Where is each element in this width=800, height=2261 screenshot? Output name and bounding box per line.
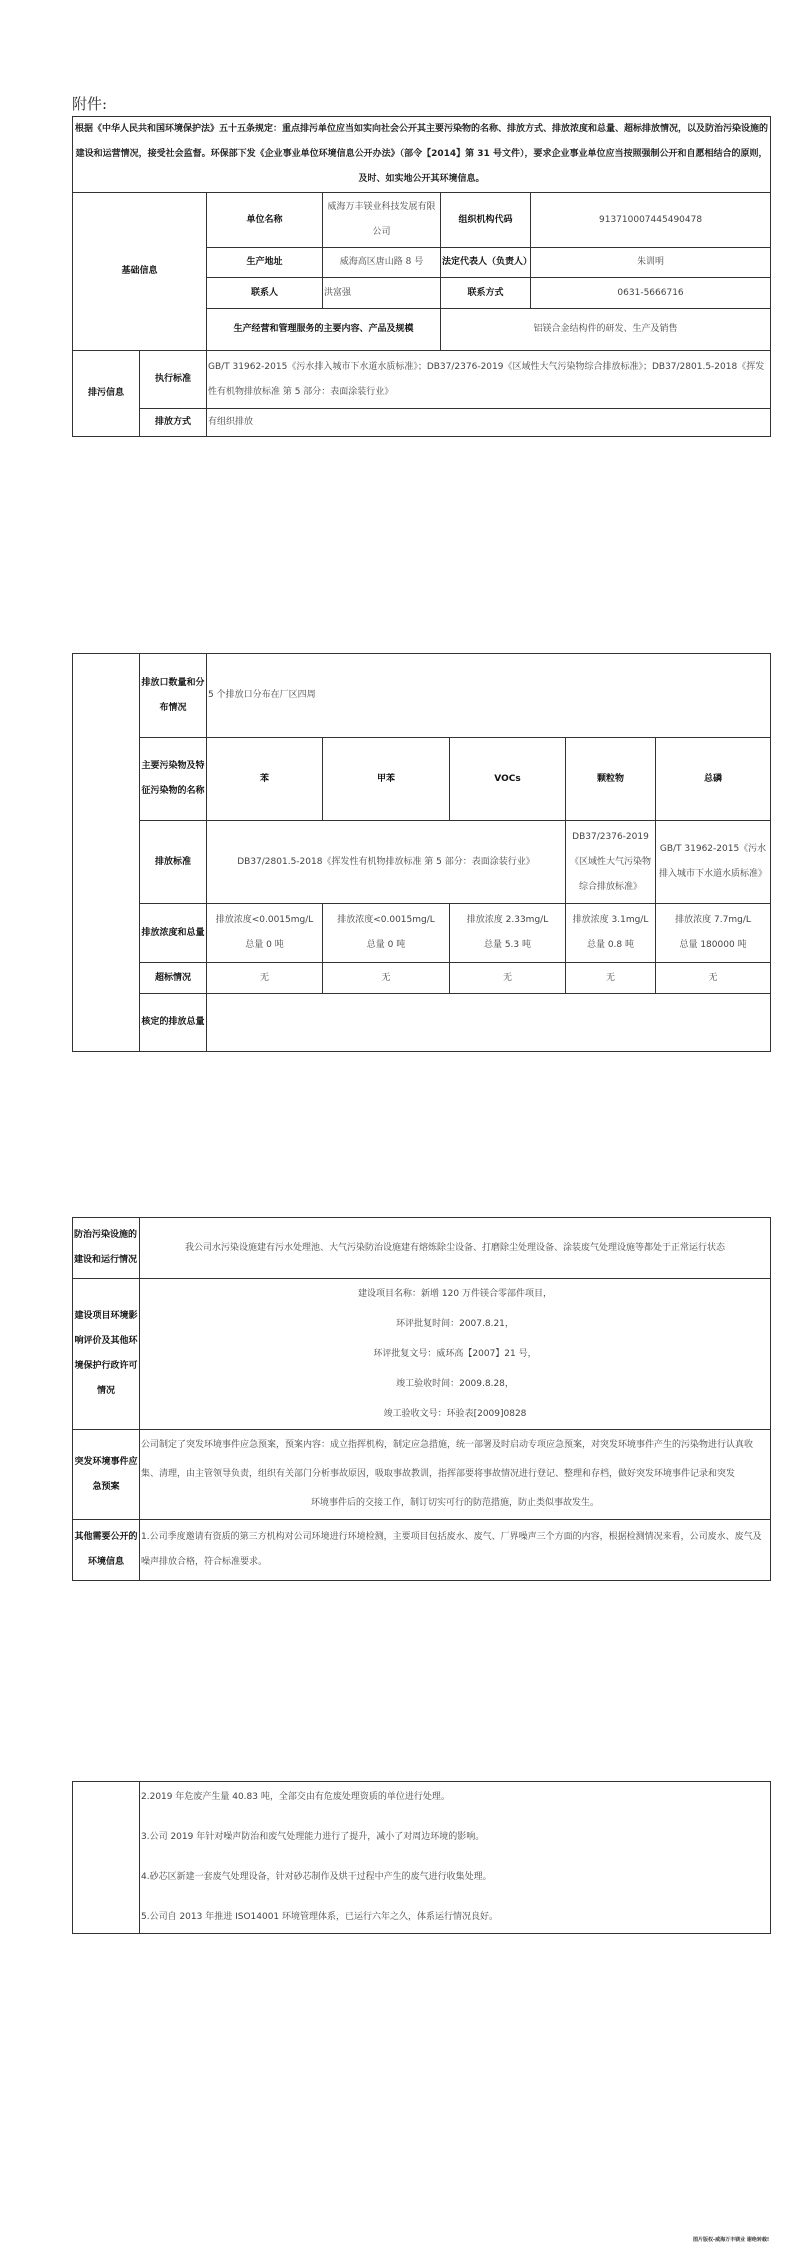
- total-value: 总量 0.8 吨: [567, 933, 654, 958]
- facilities-value: 我公司水污染设施建有污水处理池、大气污染防治设施建有熔炼除尘设备、打磨除尘处理设…: [140, 1218, 771, 1279]
- method-value: 有组织排放: [207, 409, 771, 437]
- intro-text: 根据《中华人民共和国环境保护法》五十五条规定：重点排污单位应当如实向社会公开其主…: [73, 117, 771, 193]
- legal-rep-value: 朱训明: [531, 248, 771, 278]
- pollutant-name: 总磷: [656, 738, 771, 821]
- business-label: 生产经营和管理服务的主要内容、产品及规模: [207, 309, 441, 351]
- eia-label: 建设项目环境影响评价及其他环境保护行政许可情况: [73, 1279, 140, 1430]
- exceed-value: 无: [656, 963, 771, 994]
- emergency-text: 公司制定了突发环境事件应急预案，预案内容：成立指挥机构，制定应急措施，统一部署及…: [141, 1431, 769, 1489]
- exceed-value: 无: [450, 963, 566, 994]
- method-label: 排放方式: [140, 409, 207, 437]
- exceed-value: 无: [207, 963, 323, 994]
- contact-label: 联系人: [207, 278, 323, 309]
- pollutant-name: 苯: [207, 738, 323, 821]
- exceed-value: 无: [323, 963, 450, 994]
- pollutant-table: 排放口数量和分布情况 5 个排放口分布在厂区四周 主要污染物及特征污染物的名称 …: [72, 653, 771, 1052]
- eia-line-acceptance-date: 竣工验收时间：2009.8.28，: [141, 1369, 769, 1399]
- other-info-label: 其他需要公开的环境信息: [73, 1520, 140, 1581]
- contact-value: 洪富强: [323, 278, 441, 309]
- other-info-continued: 2.2019 年危废产生量 40.83 吨，全部交由有危废处理资质的单位进行处理…: [140, 1782, 771, 1934]
- outlets-value: 5 个排放口分布在厂区四周: [207, 654, 771, 738]
- emission-section-label: 排污信息: [73, 351, 140, 437]
- other-info-item-5: 5.公司自 2013 年推进 ISO14001 环境管理体系，已运行六年之久，体…: [141, 1910, 769, 1924]
- facilities-label: 防治污染设施的建设和运行情况: [73, 1218, 140, 1279]
- address-label: 生产地址: [207, 248, 323, 278]
- pollutant-name: 甲苯: [323, 738, 450, 821]
- other-info-continued-table: 2.2019 年危废产生量 40.83 吨，全部交由有危废处理资质的单位进行处理…: [72, 1781, 771, 1934]
- approved-total-label: 核定的排放总量: [140, 994, 207, 1052]
- business-value: 铝镁合金结构件的研发、生产及销售: [441, 309, 771, 351]
- emission-standard-voc: DB37/2801.5-2018《挥发性有机物排放标准 第 5 部分：表面涂装行…: [207, 821, 566, 904]
- concentration-value: 排放浓度<0.0015mg/L: [208, 908, 321, 933]
- concentration-value: 排放浓度 2.33mg/L: [451, 908, 564, 933]
- standard-label: 执行标准: [140, 351, 207, 409]
- concentration-value: 排放浓度 7.7mg/L: [657, 908, 769, 933]
- emergency-text-last: 环境事件后的交接工作，制订切实可行的防范措施，防止类似事故发生。: [141, 1489, 769, 1518]
- attachment-label: 附件:: [72, 93, 107, 114]
- basic-info-section-label: 基础信息: [73, 193, 207, 351]
- other-info-item-3: 3.公司 2019 年针对噪声防治和废气处理能力进行了提升，减小了对周边环境的影…: [141, 1830, 769, 1844]
- concentration-cell: 排放浓度<0.0015mg/L总量 0 吨: [207, 904, 323, 963]
- other-info-item-4: 4.砂芯区新建一套废气处理设备，针对砂芯制作及烘干过程中产生的废气进行收集处理。: [141, 1870, 769, 1884]
- copyright-watermark: 图片版权-威海万丰镁业 谢绝转载!: [693, 2236, 769, 2243]
- concentration-cell: 排放浓度 3.1mg/L总量 0.8 吨: [566, 904, 656, 963]
- outlets-label: 排放口数量和分布情况: [140, 654, 207, 738]
- pollutant-name: VOCs: [450, 738, 566, 821]
- unit-name-label: 单位名称: [207, 193, 323, 248]
- total-value: 总量 0 吨: [324, 933, 448, 958]
- emission-standard-phosphorus: GB/T 31962-2015《污水排入城市下水道水质标准》: [656, 821, 771, 904]
- approved-total-value: [207, 994, 771, 1052]
- emission-standard-particulate: DB37/2376-2019《区域性大气污染物综合排放标准》: [566, 821, 656, 904]
- eia-details: 建设项目名称：新增 120 万件镁合零部件项目， 环评批复时间：2007.8.2…: [140, 1279, 771, 1430]
- total-value: 总量 180000 吨: [657, 933, 769, 958]
- concentration-cell: 排放浓度<0.0015mg/L总量 0 吨: [323, 904, 450, 963]
- pollutant-table-blank-cell: [73, 654, 140, 1052]
- facilities-table: 防治污染设施的建设和运行情况 我公司水污染设施建有污水处理池、大气污染防治设施建…: [72, 1217, 771, 1581]
- concentration-value: 排放浓度 3.1mg/L: [567, 908, 654, 933]
- pollutants-label: 主要污染物及特征污染物的名称: [140, 738, 207, 821]
- unit-name-value: 威海万丰镁业科技发展有限公司: [323, 193, 441, 248]
- exceed-value: 无: [566, 963, 656, 994]
- basic-info-table: 根据《中华人民共和国环境保护法》五十五条规定：重点排污单位应当如实向社会公开其主…: [72, 116, 771, 437]
- phone-label: 联系方式: [441, 278, 531, 309]
- concentration-cell: 排放浓度 2.33mg/L总量 5.3 吨: [450, 904, 566, 963]
- total-value: 总量 0 吨: [208, 933, 321, 958]
- concentration-label: 排放浓度和总量: [140, 904, 207, 963]
- eia-line-project: 建设项目名称：新增 120 万件镁合零部件项目，: [141, 1279, 769, 1309]
- other-info-item-2: 2.2019 年危废产生量 40.83 吨，全部交由有危废处理资质的单位进行处理…: [141, 1790, 769, 1804]
- eia-line-approval-date: 环评批复时间：2007.8.21，: [141, 1309, 769, 1339]
- concentration-cell: 排放浓度 7.7mg/L总量 180000 吨: [656, 904, 771, 963]
- pollutant-name: 颗粒物: [566, 738, 656, 821]
- emergency-details: 公司制定了突发环境事件应急预案，预案内容：成立指挥机构，制定应急措施，统一部署及…: [140, 1430, 771, 1520]
- eia-line-approval-number: 环评批复文号：威环高【2007】21 号，: [141, 1339, 769, 1369]
- concentration-value: 排放浓度<0.0015mg/L: [324, 908, 448, 933]
- org-code-label: 组织机构代码: [441, 193, 531, 248]
- emergency-label: 突发环境事件应急预案: [73, 1430, 140, 1520]
- continued-blank-cell: [73, 1782, 140, 1934]
- legal-rep-label: 法定代表人（负责人）: [441, 248, 531, 278]
- emission-standard-label: 排放标准: [140, 821, 207, 904]
- standard-value: GB/T 31962-2015《污水排入城市下水道水质标准》；DB37/2376…: [207, 351, 771, 409]
- exceed-label: 超标情况: [140, 963, 207, 994]
- phone-value: 0631-5666716: [531, 278, 771, 309]
- address-value: 威海高区唐山路 8 号: [323, 248, 441, 278]
- eia-line-acceptance-number: 竣工验收文号：环验表[2009]0828: [141, 1399, 769, 1429]
- total-value: 总量 5.3 吨: [451, 933, 564, 958]
- other-info-item-1: 1.公司季度邀请有资质的第三方机构对公司环境进行环境检测，主要项目包括废水、废气…: [140, 1520, 771, 1581]
- org-code-value: 913710007445490478: [531, 193, 771, 248]
